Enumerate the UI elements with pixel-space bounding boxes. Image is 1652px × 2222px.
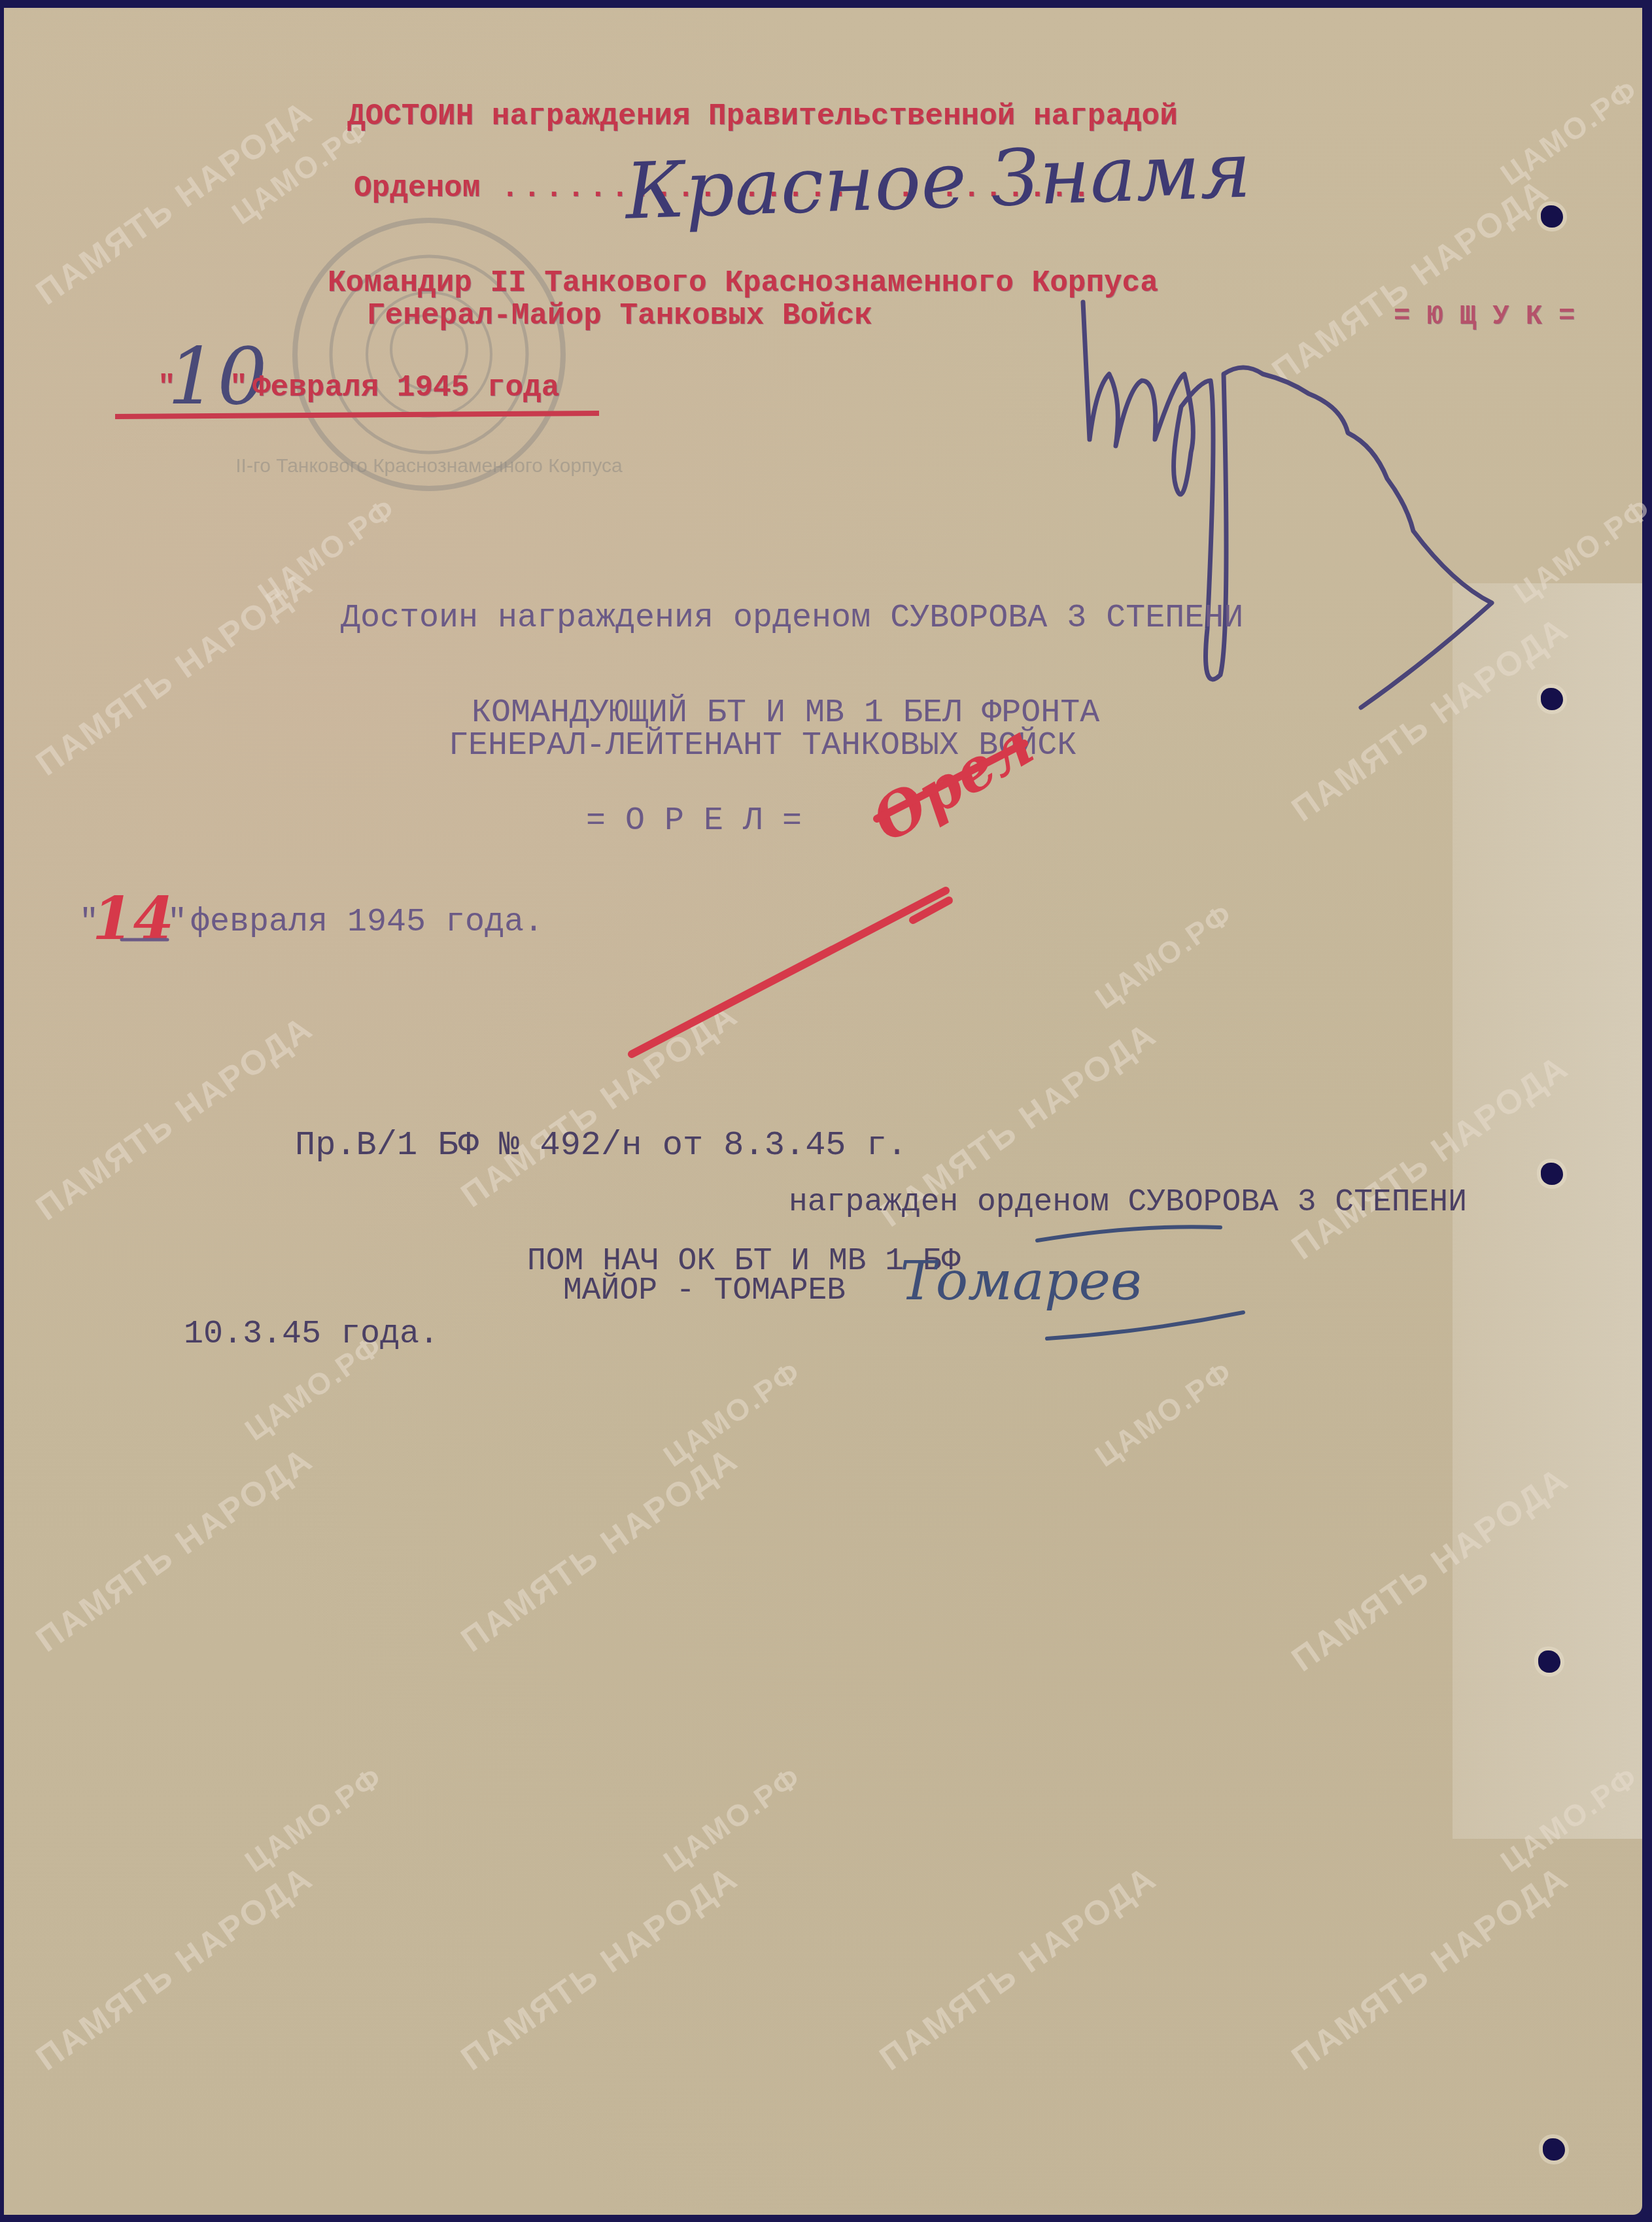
- punch-hole: [1538, 1650, 1560, 1673]
- punch-hole: [1541, 688, 1563, 710]
- signature-flourish: [4, 8, 1642, 2215]
- punch-hole: [1543, 2138, 1565, 2161]
- punch-hole: [1541, 205, 1563, 228]
- document-page: ПАМЯТЬ НАРОДА ЦАМО.РФ ПАМЯТЬ НАРОДА ЦАМО…: [4, 8, 1642, 2215]
- punch-hole: [1541, 1163, 1563, 1185]
